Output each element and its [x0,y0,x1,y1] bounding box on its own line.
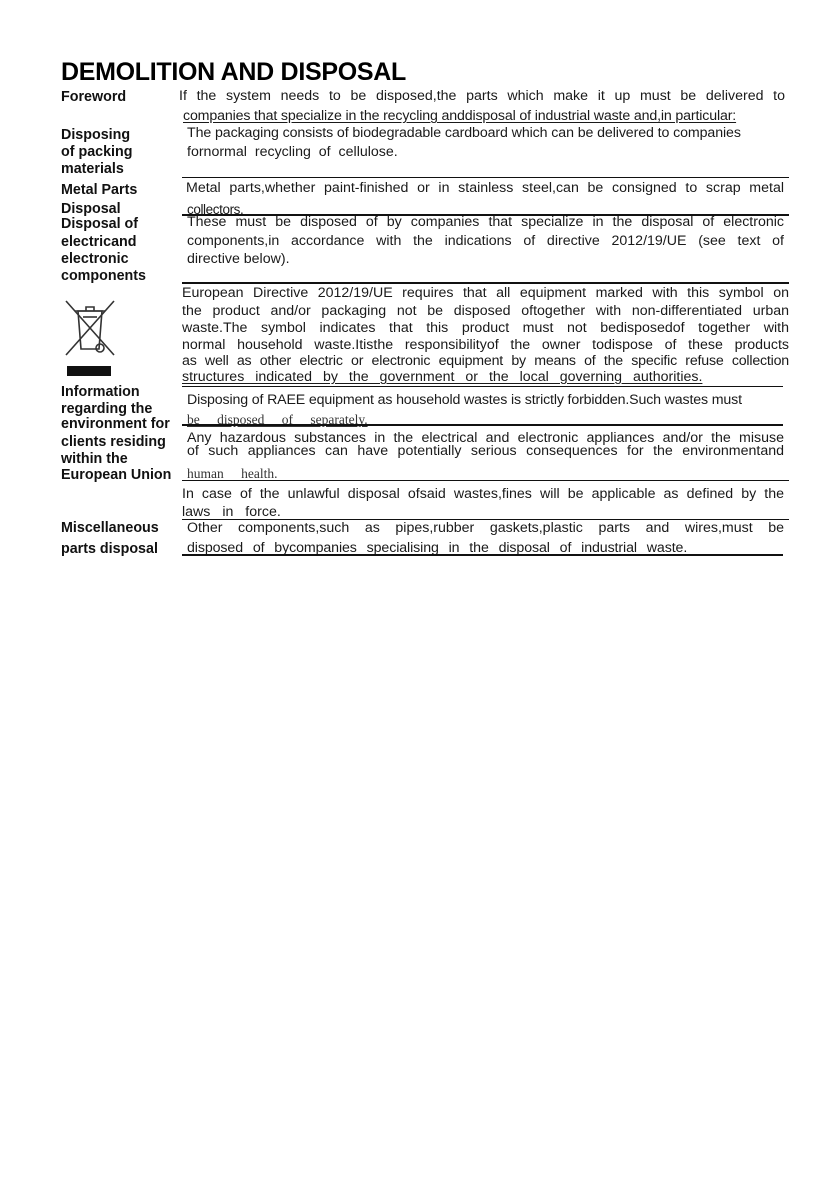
metal-line-1: Metal parts,whether paint-finished or in… [186,180,784,197]
divider [182,424,783,426]
foreword-line-1: If the system needs to be disposed,the p… [179,88,785,105]
divider [182,282,789,284]
page-title: DEMOLITION AND DISPOSAL [61,58,406,86]
electric-line-2: components,in accordance with the indica… [187,233,784,250]
misc-line-1: Other components,such as pipes,rubber ga… [187,520,784,537]
divider [182,554,783,556]
section-label-misc-2: parts disposal [61,541,158,558]
section-label-packing-2: of packing [61,144,133,161]
hazard-line-2: of such appliances can have potentially … [187,443,784,460]
section-label-electric-1: Disposal of [61,216,138,233]
electric-line-1: These must be disposed of by companies t… [187,214,784,231]
divider [182,386,783,387]
section-label-information-5: within the [61,451,128,468]
directive-line-3: waste.The symbol indicates that this pro… [182,320,789,337]
section-label-packing-3: materials [61,161,124,178]
raee-line-1: Disposing of RAEE equipment as household… [187,392,742,409]
section-label-packing-1: Disposing [61,127,130,144]
weee-crossed-bin-icon [62,297,118,381]
section-label-electric-2: electricand [61,234,137,251]
section-label-electric-3: electronic [61,251,129,268]
section-label-metal-1: Metal Parts [61,182,137,199]
divider [182,480,789,481]
fines-line-1: In case of the unlawful disposal ofsaid … [182,486,784,503]
section-label-information-4: clients residing [61,434,166,451]
directive-line-4: normal household waste.Itisthe responsib… [182,337,789,354]
section-label-information-3: environment for [61,416,170,433]
packing-line-2: fornormal recycling of cellulose. [187,144,398,161]
electric-line-3: directive below). [187,251,290,268]
foreword-line-2: companies that specialize in the recycli… [183,108,783,125]
directive-line-2: the product and/or packaging not be disp… [182,303,789,320]
packing-line-1: The packaging consists of biodegradable … [187,125,741,142]
section-label-misc-1: Miscellaneous [61,520,159,537]
directive-line-1: European Directive 2012/19/UE requires t… [182,285,789,302]
section-label-electric-4: components [61,268,146,285]
directive-line-6: structures indicated by the government o… [182,369,702,386]
directive-line-5: as well as other electric or electronic … [182,353,789,370]
section-label-foreword: Foreword [61,89,126,106]
section-label-information-1: Information [61,384,140,401]
divider [182,177,789,178]
section-label-information-6: European Union [61,467,171,484]
